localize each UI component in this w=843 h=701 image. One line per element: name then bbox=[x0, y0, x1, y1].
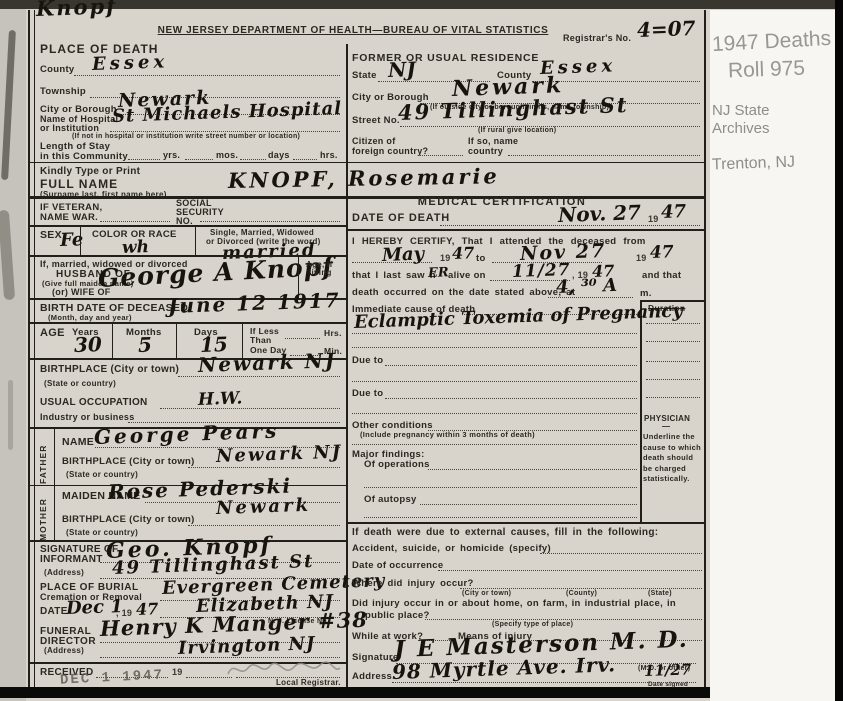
left-scan-strip bbox=[0, 0, 26, 701]
cell-divider bbox=[80, 227, 81, 255]
dotted-line bbox=[364, 516, 637, 518]
stay-yrs-label: yrs. bbox=[163, 150, 180, 160]
age-years-value: 30 bbox=[74, 332, 103, 357]
full-name-label: FULL NAME bbox=[40, 177, 118, 191]
dotted-line bbox=[646, 378, 700, 380]
veteran-label2: NAME WAR. bbox=[40, 212, 98, 223]
injury-city-sub: (City or town) bbox=[462, 590, 511, 597]
age-less-label2: Than bbox=[250, 335, 272, 345]
of-operations-label: Of operations bbox=[364, 459, 430, 470]
year2-printed: 19 bbox=[636, 253, 647, 263]
dotted-line bbox=[646, 396, 700, 398]
informant-label2: INFORMANT bbox=[40, 554, 103, 565]
dotted-line bbox=[364, 486, 637, 488]
dotted-line bbox=[428, 468, 637, 470]
occurred-m-label: m. bbox=[640, 288, 652, 299]
dotted-line bbox=[188, 466, 340, 468]
dotted-line bbox=[200, 220, 340, 222]
sex-label: SEX bbox=[40, 229, 62, 241]
dotted-line bbox=[540, 552, 702, 554]
local-registrar-label: Local Registrar. bbox=[276, 678, 341, 687]
birthdate-value: June 12 1917 bbox=[168, 288, 341, 318]
injury-where-label: Where did injury occur? bbox=[352, 578, 474, 589]
father-side-label: FATHER bbox=[38, 432, 48, 484]
external-causes-label: If death were due to external causes, fi… bbox=[352, 527, 658, 538]
due-to2-label: Due to bbox=[352, 388, 383, 399]
dotted-line bbox=[185, 158, 213, 160]
bottom-scan-bar bbox=[0, 687, 712, 698]
mother-side-label: MOTHER bbox=[38, 489, 48, 541]
father-name-label: NAME bbox=[62, 436, 94, 448]
registrar-no-value: 4=07 bbox=[637, 16, 696, 42]
stay-hrs-label: hrs. bbox=[320, 150, 338, 160]
other-conditions-sub: (Include pregnancy within 3 months of de… bbox=[360, 430, 535, 439]
full-name-value: KNOPF, Rosemarie bbox=[228, 163, 500, 193]
date-of-death-value: Nov. 27 bbox=[558, 200, 642, 227]
dotted-line bbox=[418, 154, 463, 156]
top-left-name-annotation: Knopf bbox=[36, 0, 118, 21]
birthdate-sub: (Month, day and year) bbox=[48, 313, 132, 322]
age-hrs-label: Hrs. bbox=[324, 328, 342, 338]
mother-birthplace-value: Newark bbox=[216, 495, 312, 519]
citizen-label: Citizen of bbox=[352, 136, 396, 146]
public-place-label: public place? bbox=[365, 610, 430, 621]
dotted-line bbox=[188, 524, 340, 526]
occurrence-label: Date of occurrence bbox=[352, 560, 443, 571]
marital-label: Single, Married, Widowed bbox=[210, 228, 314, 237]
certify-from-value: May bbox=[382, 244, 425, 266]
received-year-printed: 19 bbox=[172, 667, 183, 677]
rule bbox=[346, 229, 705, 231]
lastsaw-mid-label: alive on bbox=[448, 270, 486, 281]
dotted-line bbox=[508, 154, 700, 156]
dotted-line bbox=[385, 364, 637, 366]
dotted-line bbox=[74, 74, 340, 76]
birthplace-label: BIRTHPLACE (City or town) bbox=[40, 364, 179, 375]
father-birthplace-value: Newark NJ bbox=[216, 442, 343, 467]
mother-birthplace-label: BIRTHPLACE (City or town) bbox=[62, 514, 195, 525]
year2-value: 47 bbox=[650, 242, 674, 263]
cell-divider bbox=[112, 324, 113, 358]
form-title: New Jersey Department of Health—Bureau o… bbox=[118, 25, 588, 36]
cell-divider bbox=[54, 429, 55, 485]
dotted-line bbox=[128, 158, 160, 160]
death-certificate-scan: Knopf New Jersey Department of Health—Bu… bbox=[0, 0, 843, 701]
county-value: Essex bbox=[92, 51, 169, 75]
father-birthplace-label: BIRTHPLACE (City or town) bbox=[62, 456, 195, 467]
kindly-label: Kindly Type or Print bbox=[40, 166, 140, 177]
dotted-line bbox=[240, 158, 266, 160]
form-border-right bbox=[704, 10, 706, 687]
funeral-address-label: (Address) bbox=[44, 646, 84, 655]
stay-label2: in this Community bbox=[40, 151, 128, 162]
dotted-line bbox=[646, 360, 700, 362]
birthplace-value: Newark NJ bbox=[198, 348, 337, 377]
father-birthplace-sub: (State or country) bbox=[66, 470, 138, 479]
form-border-left-inner bbox=[34, 10, 35, 687]
date-signed-value: 11/27 bbox=[644, 660, 692, 680]
physician-note: Underline the cause to which death shoul… bbox=[643, 432, 703, 485]
physician-address-label: Address bbox=[352, 671, 392, 682]
dotted-line bbox=[293, 158, 317, 160]
citizen-label2: foreign country? bbox=[352, 146, 428, 156]
registrar-no-label: Registrar's No. bbox=[563, 33, 631, 43]
age-if-living-label2: living bbox=[309, 268, 332, 277]
occurred-line-label: death occurred on the date stated above,… bbox=[352, 287, 575, 298]
dotted-line bbox=[646, 340, 700, 342]
street-no-label: Street No. bbox=[352, 115, 400, 126]
dotted-line bbox=[438, 569, 702, 571]
form-border-left-outer bbox=[28, 10, 30, 687]
citizen-mid-label: If so, name bbox=[468, 136, 518, 146]
occupation-label: USUAL OCCUPATION bbox=[40, 397, 148, 408]
cell-divider bbox=[176, 324, 177, 358]
mother-birthplace-sub: (State or country) bbox=[66, 528, 138, 537]
date-signed-label: Date signed bbox=[648, 681, 688, 688]
rule bbox=[346, 522, 705, 524]
injury-county-sub: (County) bbox=[566, 590, 597, 597]
of-autopsy-label: Of autopsy bbox=[364, 494, 417, 505]
dotted-line bbox=[425, 618, 702, 620]
lastsaw-post-label: and that bbox=[642, 270, 681, 281]
citizen-mid-label2: country bbox=[468, 146, 503, 156]
rule bbox=[28, 225, 346, 227]
due-to-label: Due to bbox=[352, 355, 383, 366]
residence-title: FORMER OR USUAL RESIDENCE bbox=[352, 52, 539, 64]
date-of-death-label: DATE OF DEATH bbox=[352, 212, 450, 224]
lastsaw-pre-label: that I last saw h bbox=[352, 270, 436, 281]
margin-annotation-city: Trenton, NJ bbox=[712, 154, 796, 175]
dotted-line bbox=[352, 412, 637, 414]
occupation-value: H.W. bbox=[198, 388, 243, 410]
residence-state-value: NJ bbox=[388, 57, 417, 82]
date-of-death-year-printed: 19 bbox=[648, 214, 659, 224]
street-note: (If rural give location) bbox=[478, 127, 556, 134]
year1-printed: 19 bbox=[440, 253, 451, 263]
age-label: AGE bbox=[40, 327, 65, 339]
industry-label: Industry or business bbox=[40, 412, 135, 422]
year1-value: 47 bbox=[452, 243, 475, 263]
cell-divider bbox=[195, 227, 196, 255]
dotted-line bbox=[385, 397, 637, 399]
stay-mos-label: mos. bbox=[216, 150, 238, 160]
cell-divider bbox=[640, 300, 642, 522]
scan-smudge bbox=[8, 380, 13, 450]
rule bbox=[28, 322, 346, 324]
dotted-line bbox=[352, 443, 637, 445]
age-months-value: 5 bbox=[138, 333, 153, 357]
dotted-line bbox=[352, 346, 637, 348]
hospital-label2: or Institution bbox=[40, 123, 99, 133]
dotted-line bbox=[460, 587, 702, 589]
township-label: Township bbox=[40, 86, 86, 97]
margin-annotation-archive1: NJ State bbox=[712, 102, 770, 119]
occurred-time-value: 4, ³⁰ A bbox=[556, 275, 618, 298]
injury-state-sub: (State) bbox=[648, 590, 672, 597]
margin-annotation-roll: Roll 975 bbox=[728, 57, 806, 84]
informant-address-label: (Address) bbox=[44, 568, 84, 577]
dotted-line bbox=[352, 380, 637, 382]
cell-divider bbox=[54, 486, 55, 542]
birthplace-sub: (State or country) bbox=[44, 379, 116, 388]
rule bbox=[28, 162, 705, 163]
residence-state-label: State bbox=[352, 70, 377, 81]
hospital-note: (If not in hospital or institution write… bbox=[72, 133, 300, 140]
right-scan-strip bbox=[835, 0, 843, 701]
injury-home-label: Did injury occur in or about home, on fa… bbox=[352, 598, 676, 609]
specify-place-sub: (Specify type of place) bbox=[492, 621, 573, 628]
county-label: County bbox=[40, 64, 75, 75]
physician-dash: — bbox=[662, 422, 670, 431]
stay-days-label: days bbox=[268, 150, 290, 160]
dotted-line bbox=[420, 503, 637, 505]
top-scan-strip bbox=[0, 0, 843, 9]
to-label: to bbox=[476, 253, 486, 264]
dotted-line bbox=[352, 332, 637, 334]
lastsaw-er-value: ER bbox=[428, 265, 449, 281]
accident-label: Accident, suicide, or homicide (specify) bbox=[352, 543, 551, 554]
dotted-line bbox=[110, 130, 340, 132]
dotted-line bbox=[285, 337, 320, 339]
dotted-line bbox=[100, 220, 170, 222]
date-of-death-year-value: 47 bbox=[661, 201, 687, 223]
burial-date-label: DATE bbox=[40, 606, 68, 617]
margin-annotation-archive2: Archives bbox=[712, 120, 770, 137]
dotted-line bbox=[160, 407, 340, 409]
street-no-value: 49 Tillinghast St bbox=[398, 92, 629, 125]
